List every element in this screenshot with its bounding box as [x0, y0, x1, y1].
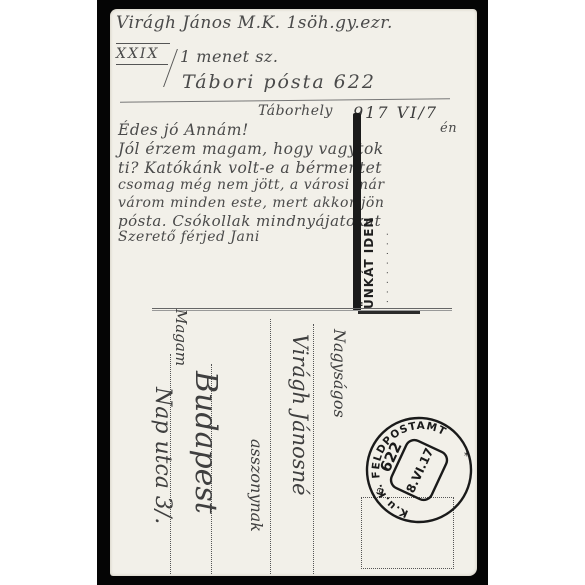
address-street: Nap utca 3/. — [150, 387, 175, 524]
message-line: Jól érzem magam, hogy vagytok — [118, 140, 384, 158]
underline — [116, 43, 170, 44]
message-line: várom minden este, mert akkor jön — [118, 195, 384, 211]
sender-line-1: Virágh János M.K. 1söh.gy.ezr. — [116, 13, 393, 33]
underline — [116, 64, 168, 65]
address-line — [270, 319, 271, 574]
address-note: Magam — [172, 309, 190, 366]
message-line: pósta. Csókollak mindnyájatokat — [118, 212, 381, 230]
address-recipient: Virágh Jánosné — [288, 334, 312, 496]
dateline-date: 917 VI/7 — [353, 103, 438, 122]
postcard: Virágh János M.K. 1söh.gy.ezr. XXIX 1 me… — [110, 9, 477, 576]
dateline-place: Táborhely — [258, 103, 333, 119]
dateline-trail: én — [440, 121, 457, 136]
section-divider — [152, 308, 452, 309]
sender-unit-numeral: XXIX — [116, 46, 159, 62]
section-divider — [152, 310, 452, 311]
address-city: Budapest — [188, 371, 223, 514]
message-line: ti? Katókánk volt-e a bérmentet — [118, 159, 382, 177]
address-line — [313, 324, 314, 574]
message-line: Édes jó Annám! — [118, 121, 249, 139]
message-signature: Szerető férjed Jani — [118, 229, 260, 245]
message-line: csomag még nem jött, a városi már — [118, 177, 385, 193]
field-post-number: Tábori pósta 622 — [182, 71, 376, 93]
address-honorific: Nagyságos — [330, 329, 349, 418]
sender-line-3: 1 menet sz. — [180, 47, 278, 66]
postmark: K.u.K. FELDPOSTAMT 622 8.VI.17 a * — [363, 414, 475, 526]
censor-stamp-subtext: · · · · · · · · — [383, 204, 397, 304]
address-suffix: asszonynak — [247, 439, 266, 532]
postmark-date: 8.VI.17 — [403, 446, 436, 495]
censor-stamp-text: ÜNKÁT IDEN — [362, 189, 380, 309]
